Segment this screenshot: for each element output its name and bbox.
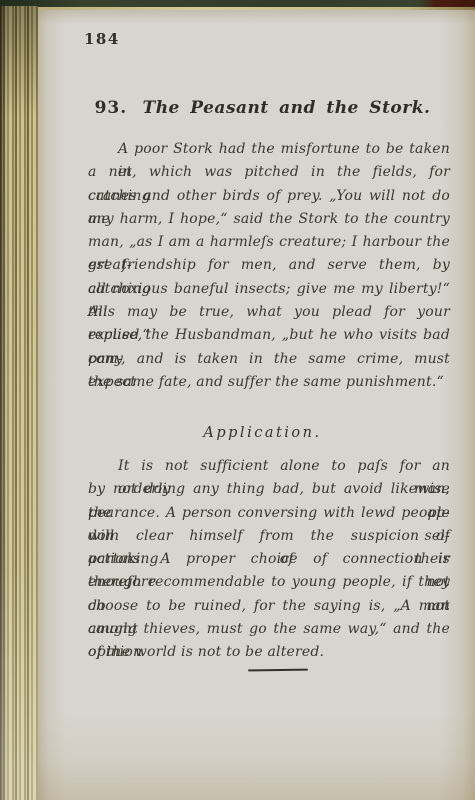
text-line: any harm, I hope,“ said the Stork to the…	[88, 208, 450, 231]
page-number: 184	[84, 30, 120, 48]
text-line: man, „as I am a harmleſs creature; I har…	[88, 231, 450, 254]
text-line: a net, which was pitched in the fields, …	[88, 161, 450, 184]
text-line: A poor Stork had the misfortune to be ta…	[88, 138, 450, 161]
book-page-scan: 184 93. The Peasant and the Stork. A poo…	[0, 0, 475, 800]
application-paragraph: It is not sufficient alone to paſs for a…	[88, 455, 450, 665]
text-line: cranes and other birds of prey. „You wil…	[88, 185, 450, 208]
text-line: It is not sufficient alone to paſs for a…	[88, 455, 450, 478]
book-spine-page-edges	[0, 6, 38, 800]
section-divider	[248, 669, 308, 672]
text-line: enough recommendable to young people, if…	[88, 571, 450, 594]
fable-heading: 93. The Peasant and the Stork.	[68, 98, 457, 118]
text-line: all noxious baneful insects; give me my …	[88, 278, 450, 301]
application-heading: Application.	[68, 425, 457, 441]
text-line: among thieves, must go the same way,“ an…	[88, 618, 450, 641]
text-line: of the world is not to be altered.	[88, 641, 450, 664]
text-line: pany, and is taken in the same crime, mu…	[88, 348, 450, 371]
text-line: by not doing any thing bad, but avoid li…	[88, 478, 450, 501]
text-line: actions. A proper choice of connection i…	[88, 548, 450, 571]
fable-title: The Peasant and the Stork.	[143, 98, 431, 118]
fable-number: 93.	[95, 98, 128, 118]
book-page: 184 93. The Peasant and the Stork. A poo…	[38, 10, 475, 800]
text-line: dom clear himself from the suspicion of …	[88, 525, 450, 548]
text-line: replied the Husbandman, „but he who visi…	[88, 324, 450, 347]
text-line: the same fate, and suffer the same punis…	[88, 371, 450, 394]
fable-paragraph: A poor Stork had the misfortune to be ta…	[88, 138, 450, 394]
text-line: pearance. A person conversing with lewd …	[88, 502, 450, 525]
text-line: this may be true, what you plead for you…	[88, 301, 450, 324]
text-line: est friendship for men, and serve them, …	[88, 254, 450, 277]
text-line: choose to be ruined, for the saying is, …	[88, 595, 450, 618]
